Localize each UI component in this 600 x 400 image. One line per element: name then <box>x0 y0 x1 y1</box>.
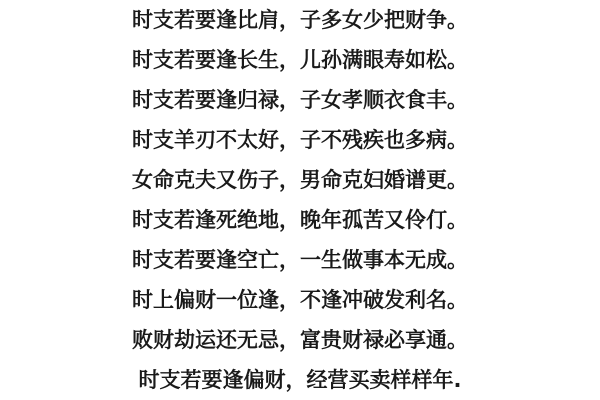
verse-line-5: 女命克夫又伤子，男命克妇婚谱更。 <box>132 160 468 200</box>
verse-line-3: 时支若要逢归禄，子女孝顺衣食丰。 <box>132 80 468 120</box>
verse-line-9: 败财劫运还无忌，富贵财禄必享通。 <box>132 320 468 360</box>
verse-line-10: 时支若要逢偏财，经营买卖样样年. <box>139 360 462 400</box>
text-page: 时支若要逢比肩，子多女少把财争。 时支若要逢长生，儿孙满眼寿如松。 时支若要逢归… <box>0 0 600 400</box>
verse-line-6: 时支若逢死绝地，晚年孤苦又伶仃。 <box>132 200 468 240</box>
verse-line-2: 时支若要逢长生，儿孙满眼寿如松。 <box>132 40 468 80</box>
verse-line-7: 时支若要逢空亡，一生做事本无成。 <box>132 240 468 280</box>
verse-line-8: 时上偏财一位逢，不逢冲破发利名。 <box>132 280 468 320</box>
verse-line-1: 时支若要逢比肩，子多女少把财争。 <box>132 0 468 40</box>
verse-line-4: 时支羊刃不太好，子不残疾也多病。 <box>132 120 468 160</box>
